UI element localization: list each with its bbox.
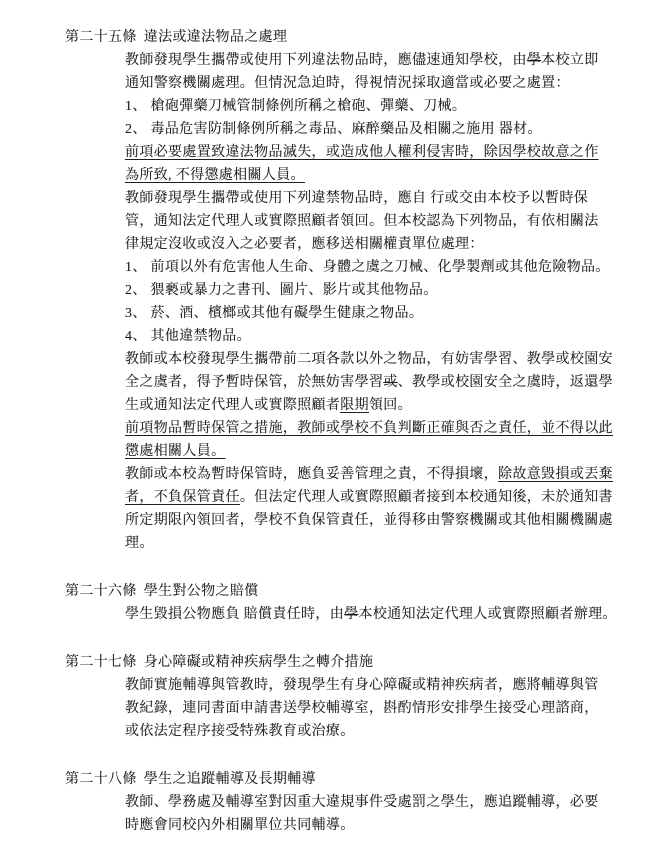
text-segment: 為所致, 不得懲處相關人員。 — [125, 168, 305, 183]
text-segment: 、教學或校園安全之虞時，返還學 — [398, 375, 613, 390]
text-line: 通知警察機關處理。但情況急迫時，得視情況採取適當或必要之處置： — [125, 72, 666, 95]
text-segment: 本校立即 — [541, 53, 598, 68]
text-segment: 1、 前項以外有危害他人生命、身體之虞之刀械、化學製劑或其他危險物品。 — [125, 260, 610, 275]
document: 第二十五條違法或違法物品之處理教師發現學生攜帶或使用下列違法物品時，應儘速通知學… — [0, 0, 666, 837]
text-segment: 4、 其他違禁物品。 — [125, 329, 251, 344]
text-segment: 理。 — [125, 536, 154, 551]
text-line: 前項必要處置致違法物品滅失，或造成他人權利侵害時，除因學校故意之作 — [125, 141, 666, 164]
text-segment: 通知警察機關處理。但情況急迫時，得視情況採取適當或必要之處置： — [125, 76, 570, 91]
text-segment: 時應會同校內外相關單位共同輔導。 — [125, 818, 355, 833]
text-line: 1、 槍砲彈藥刀械管制條例所稱之槍砲、彈藥、刀械。 — [125, 95, 666, 118]
article-body: 教師發現學生攜帶或使用下列違法物品時，應儘速通知學校，由學本校立即通知警察機關處… — [125, 49, 666, 555]
text-line: 學生毀損公物應負 賠償責任時，由學本校通知法定代理人或實際照顧者辦理。 — [125, 603, 666, 626]
text-segment: 2、 毒品危害防制條例所稱之毒品、麻醉藥品及相關之施用 器材。 — [125, 122, 542, 137]
article-title: 學生之追蹤輔導及長期輔導 — [144, 772, 316, 787]
text-line: 教師發現學生攜帶或使用下列違禁物品時，應自 行或交由本校予以暫時保 — [125, 187, 666, 210]
text-segment: 生或通知法定代理人或實際照顧者 — [125, 398, 340, 413]
article-body: 學生毀損公物應負 賠償責任時，由學本校通知法定代理人或實際照顧者辦理。 — [125, 603, 666, 626]
document-page: { "colors": { "background": "#ffffff", "… — [0, 0, 666, 867]
text-line: 者，不負保管責任。但法定代理人或實際照顧者接到本校通知後，未於通知書 — [125, 486, 666, 509]
text-line: 教師或本校為暫時保管時，應負妥善管理之責，不得損壞，除故意毀損或丟棄 — [125, 463, 666, 486]
text-segment: 教師發現學生攜帶或使用下列違禁物品時，應自 行或交由本校予以暫時保 — [125, 191, 588, 206]
article-title: 身心障礙或精神疾病學生之轉介措施 — [144, 655, 374, 670]
article: 第二十七條身心障礙或精神疾病學生之轉介措施教師實施輔導與管教時，發現學生有身心障… — [0, 651, 666, 743]
text-line: 管，通知法定代理人或實際照顧者領回。但本校認為下列物品，有依相關法 — [125, 210, 666, 233]
article: 第二十六條學生對公物之賠償學生毀損公物應負 賠償責任時，由學本校通知法定代理人或… — [0, 580, 666, 626]
article-heading: 第二十八條學生之追蹤輔導及長期輔導 — [0, 768, 666, 791]
article-body: 教師實施輔導與管教時，發現學生有身心障礙或精神疾病者，應將輔導與管教紀錄，連同書… — [125, 674, 666, 743]
text-line: 教師、學務處及輔導室對因重大違規事件受處罰之學生，應追蹤輔導，必要 — [125, 791, 666, 814]
text-line: 理。 — [125, 532, 666, 555]
text-segment: 前項物品暫時保管之措施，教師或學校不負判斷正確與否之責任，並不得以此 — [125, 421, 613, 436]
text-segment: 者，不負保管責任 — [125, 490, 240, 505]
text-segment: 2、 猥褻或暴力之書刊、圖片、影片或其他物品。 — [125, 283, 438, 298]
article-title: 違法或違法物品之處理 — [144, 30, 288, 45]
text-line: 4、 其他違禁物品。 — [125, 325, 666, 348]
text-segment: 3、 菸、酒、檳榔或其他有礙學生健康之物品。 — [125, 306, 423, 321]
article-body: 教師、學務處及輔導室對因重大違規事件受處罰之學生，應追蹤輔導，必要時應會同校內外… — [125, 791, 666, 837]
text-segment: 教師、學務處及輔導室對因重大違規事件受處罰之學生，應追蹤輔導，必要 — [125, 795, 599, 810]
text-line: 教師實施輔導與管教時，發現學生有身心障礙或精神疾病者，應將輔導與管 — [125, 674, 666, 697]
text-line: 所定期限內領回者，學校不負保管責任，並得移由警察機關或其他相關機關處 — [125, 509, 666, 532]
text-line: 教紀錄，連同書面申請書送學校輔導室，斟酌情形安排學生接受心理諮商， — [125, 697, 666, 720]
text-line: 懲處相關人員。 — [125, 440, 666, 463]
text-segment: 教師或本校為暫時保管時，應負妥善管理之責，不得損壞， — [125, 467, 498, 482]
article-heading: 第二十五條違法或違法物品之處理 — [0, 26, 666, 49]
text-line: 3、 菸、酒、檳榔或其他有礙學生健康之物品。 — [125, 302, 666, 325]
text-segment: 教師或本校發現學生攜帶前二項各款以外之物品，有妨害學習、教學或校園安 — [125, 352, 613, 367]
text-segment: 或依法定程序接受特殊教育或治療。 — [125, 724, 355, 739]
text-segment: 學生毀損公物應負 賠償責任時，由 — [125, 607, 344, 622]
text-segment: 本校通知法定代理人或實際照顧者辦理。 — [358, 607, 616, 622]
article-number: 第二十五條 — [65, 30, 137, 45]
text-segment: 全之虞者，得予暫時保管，於無妨害學習 — [125, 375, 383, 390]
article: 第二十八條學生之追蹤輔導及長期輔導教師、學務處及輔導室對因重大違規事件受處罰之學… — [0, 768, 666, 837]
article: 第二十五條違法或違法物品之處理教師發現學生攜帶或使用下列違法物品時，應儘速通知學… — [0, 26, 666, 555]
article-title: 學生對公物之賠償 — [144, 584, 259, 599]
text-line: 前項物品暫時保管之措施，教師或學校不負判斷正確與否之責任，並不得以此 — [125, 417, 666, 440]
text-segment: 懲處相關人員。 — [125, 444, 225, 459]
text-segment: 管，通知法定代理人或實際照顧者領回。但本校認為下列物品，有依相關法 — [125, 214, 599, 229]
text-line: 1、 前項以外有危害他人生命、身體之虞之刀械、化學製劑或其他危險物品。 — [125, 256, 666, 279]
text-segment: 1、 槍砲彈藥刀械管制條例所稱之槍砲、彈藥、刀械。 — [125, 99, 466, 114]
text-line: 生或通知法定代理人或實際照顧者限期領回。 — [125, 394, 666, 417]
text-segment: 除故意毀損或丟棄 — [498, 467, 613, 482]
text-line: 2、 毒品危害防制條例所稱之毒品、麻醉藥品及相關之施用 器材。 — [125, 118, 666, 141]
text-segment: 教紀錄，連同書面申請書送學校輔導室，斟酌情形安排學生接受心理諮商， — [125, 701, 599, 716]
text-segment: 限期 — [340, 398, 369, 413]
text-segment: 。但法定代理人或實際照顧者接到本校通知後，未於通知書 — [240, 490, 613, 505]
text-line: 教師發現學生攜帶或使用下列違法物品時，應儘速通知學校，由學本校立即 — [125, 49, 666, 72]
text-segment: 學 — [344, 607, 358, 622]
text-line: 或依法定程序接受特殊教育或治療。 — [125, 720, 666, 743]
text-line: 全之虞者，得予暫時保管，於無妨害學習或、教學或校園安全之虞時，返還學 — [125, 371, 666, 394]
text-line: 時應會同校內外相關單位共同輔導。 — [125, 814, 666, 837]
text-segment: 學 — [527, 53, 541, 68]
article-number: 第二十六條 — [65, 584, 137, 599]
text-segment: 教師發現學生攜帶或使用下列違法物品時，應儘速通知學校，由 — [125, 53, 527, 68]
text-segment: 所定期限內領回者，學校不負保管責任，並得移由警察機關或其他相關機關處 — [125, 513, 613, 528]
text-segment: 前項必要處置致違法物品滅失，或造成他人權利侵害時，除因學校故意之作 — [125, 145, 599, 160]
article-heading: 第二十六條學生對公物之賠償 — [0, 580, 666, 603]
article-number: 第二十七條 — [65, 655, 137, 670]
article-number: 第二十八條 — [65, 772, 137, 787]
text-line: 教師或本校發現學生攜帶前二項各款以外之物品，有妨害學習、教學或校園安 — [125, 348, 666, 371]
text-segment: 或 — [383, 375, 397, 390]
text-line: 為所致, 不得懲處相關人員。 — [125, 164, 666, 187]
text-line: 2、 猥褻或暴力之書刊、圖片、影片或其他物品。 — [125, 279, 666, 302]
text-segment: 領回。 — [369, 398, 412, 413]
text-segment: 律規定沒收或沒入之必要者，應移送相關權責單位處理： — [125, 237, 484, 252]
text-segment: 教師實施輔導與管教時，發現學生有身心障礙或精神疾病者，應將輔導與管 — [125, 678, 599, 693]
article-heading: 第二十七條身心障礙或精神疾病學生之轉介措施 — [0, 651, 666, 674]
text-line: 律規定沒收或沒入之必要者，應移送相關權責單位處理： — [125, 233, 666, 256]
